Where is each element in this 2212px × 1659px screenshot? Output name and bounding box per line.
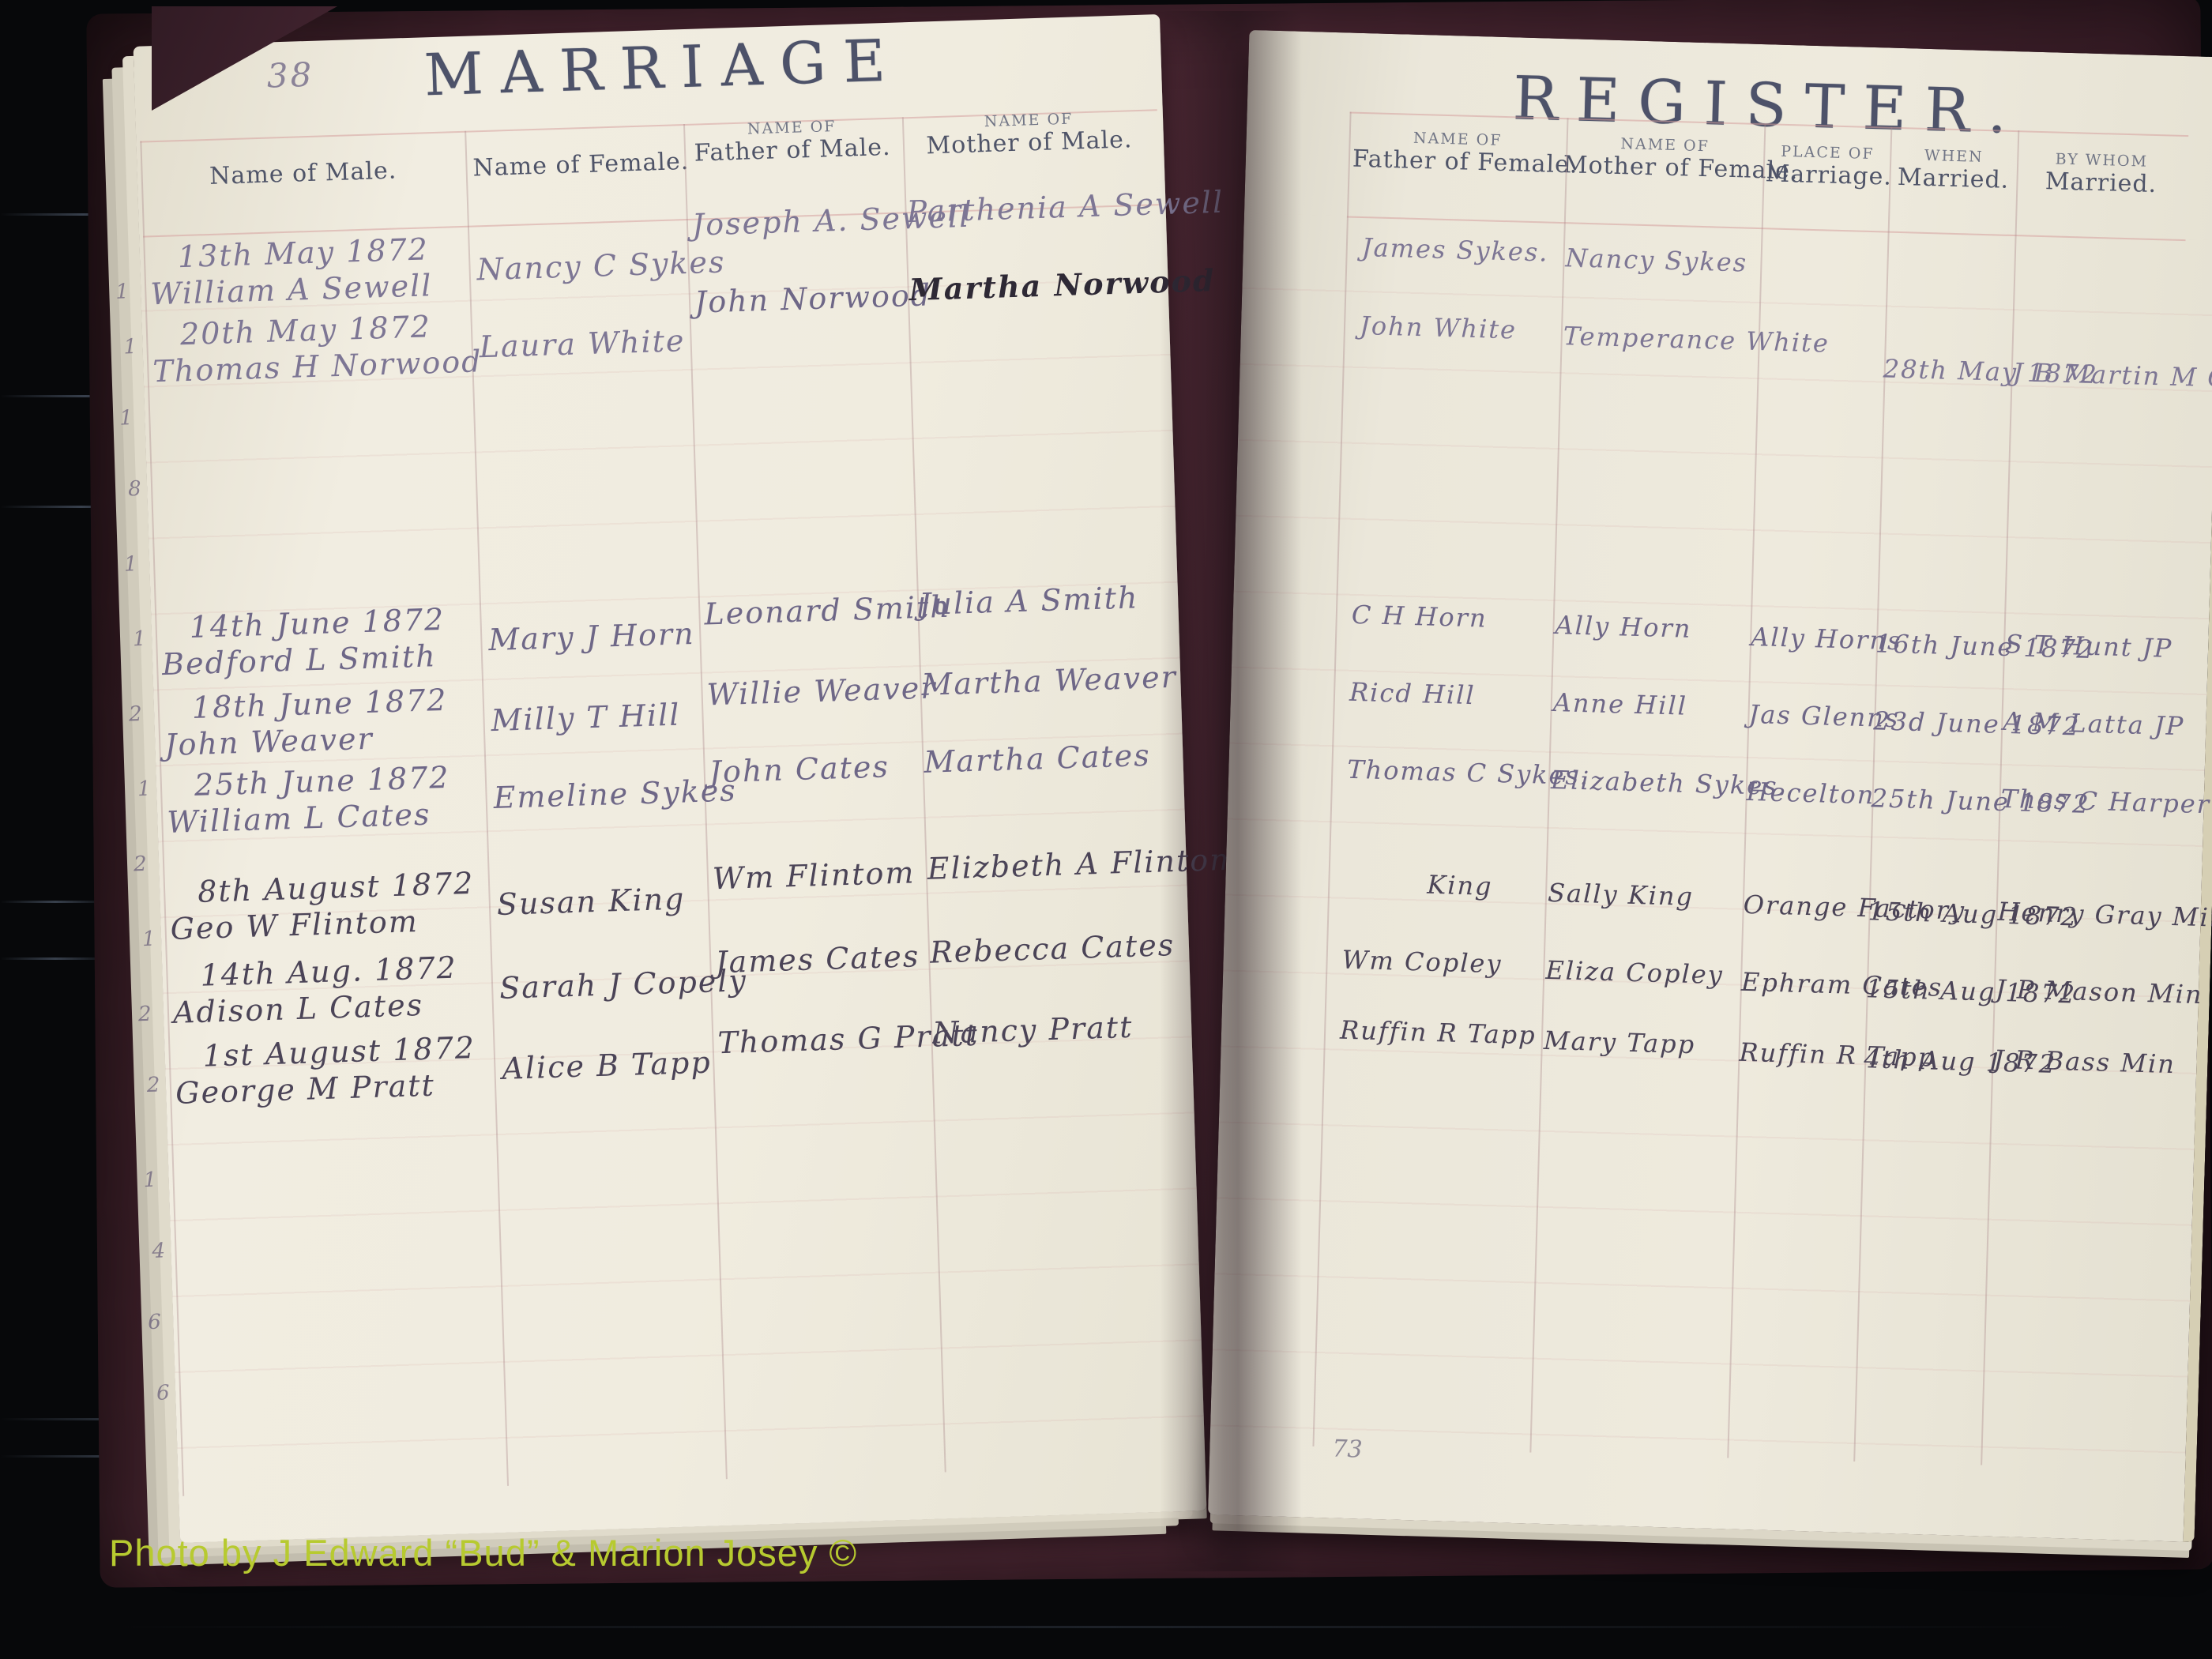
photographer-watermark: Photo by J Edward “Bud” & Marion Josey © <box>109 1531 857 1574</box>
margin-mark-14: 6 <box>148 1311 161 1335</box>
cell-mother-of-female-row3: Anne Hill <box>1552 687 1687 721</box>
cell-mother-of-male-row2: Julia A Smith <box>919 580 1139 622</box>
photo-stage: 38 MARRIAGE Name of Male. Name of Female… <box>0 0 2212 1659</box>
column-header-label: Name of Male. <box>152 155 453 192</box>
margin-mark-9: 1 <box>142 927 156 952</box>
cell-mother-of-male-row4: Martha Cates <box>924 738 1151 780</box>
left-page: 38 MARRIAGE Name of Male. Name of Female… <box>134 14 1207 1543</box>
column-header-when-married: WHEN Married. <box>1891 146 2016 194</box>
column-header-name-of-male: Name of Male. <box>152 155 453 192</box>
column-header-place-of-marriage: PLACE OF Marriage. <box>1765 142 1890 190</box>
cell-by-whom-row6: J P Mason Min <box>1995 974 2203 1010</box>
column-header-label: Married. <box>2019 167 2183 199</box>
pencil-page-number: 73 <box>1332 1435 1363 1464</box>
cell-mother-of-female-row6: Eliza Copley <box>1545 955 1724 990</box>
cell-female-row7: Alice B Tapp <box>502 1045 713 1086</box>
cell-father-of-male-row1: John Norwood <box>694 277 931 319</box>
cell-mother-of-female-row5: Sally King <box>1548 878 1695 912</box>
margin-mark-7: 1 <box>137 777 151 802</box>
margin-mark-12: 1 <box>143 1168 156 1193</box>
margin-mark-5: 1 <box>133 627 146 652</box>
column-header-father-of-male: NAME OF Father of Male. <box>689 116 896 167</box>
column-header-mother-of-female: NAME OF Mother of Female. <box>1563 134 1766 184</box>
cell-mother-of-male-row7: Nancy Pratt <box>932 1010 1134 1051</box>
column-header-name-of-female: Name of Female. <box>472 148 679 182</box>
left-page-title: MARRIAGE <box>386 26 941 111</box>
cell-by-whom-row1: J B Martin M G <box>2012 357 2212 393</box>
cell-by-whom-row3: A M Latta JP <box>2003 706 2185 741</box>
cell-father-of-female-row1: John White <box>1360 310 1518 345</box>
margin-mark-8: 2 <box>134 852 147 877</box>
margin-mark-4: 1 <box>124 552 137 577</box>
cell-female-row5: Susan King <box>496 881 686 921</box>
column-header-label: Marriage. <box>1765 160 1889 190</box>
cell-father-of-female-row7: Ruffin R Tapp <box>1340 1015 1537 1051</box>
margin-mark-3: 8 <box>128 477 141 502</box>
cell-father-of-female-row0: James Sykes. <box>1361 232 1549 268</box>
cell-father-of-male-row3: Willie Weaver <box>706 670 937 712</box>
cell-female-row1: Laura White <box>479 323 686 364</box>
margin-mark-13: 4 <box>152 1239 165 1263</box>
cell-father-of-male-row4: John Cates <box>709 749 890 789</box>
margin-mark-11: 2 <box>146 1073 160 1097</box>
column-header-topline: WHEN <box>1892 146 2016 167</box>
cell-by-whom-row4: Thos C Harper <box>2000 784 2210 819</box>
cell-place-row4: Hecelton <box>1746 777 1875 811</box>
margin-mark-6: 2 <box>129 702 142 727</box>
cell-father-of-male-row5: Wm Flintom <box>712 855 916 896</box>
margin-mark-1: 1 <box>123 335 137 359</box>
column-header-topline: PLACE OF <box>1766 142 1890 163</box>
margin-mark-2: 1 <box>119 406 133 431</box>
margin-mark-0: 1 <box>115 280 129 304</box>
page-number: 38 <box>266 55 314 96</box>
column-header-label: Name of Female. <box>472 148 679 182</box>
cell-by-whom-row2: S T Hunt JP <box>2005 629 2173 664</box>
cell-father-of-female-row5: King <box>1427 870 1493 901</box>
cell-father-of-female-row2: C H Horn <box>1351 600 1488 634</box>
margin-mark-10: 2 <box>138 1003 152 1027</box>
column-header-mother-of-male: NAME OF Mother of Male. <box>914 108 1145 160</box>
cell-father-of-female-row6: Wm Copley <box>1341 945 1503 980</box>
cell-mother-of-female-row7: Mary Tapp <box>1543 1025 1695 1059</box>
cell-female-row2: Mary J Horn <box>488 616 696 657</box>
background-streak <box>111 1626 2086 1628</box>
cell-female-row3: Milly T Hill <box>491 698 681 739</box>
book-gutter-shadow <box>1160 11 1302 1571</box>
page-ruling <box>1210 213 2212 1463</box>
cell-father-of-female-row3: Ricd Hill <box>1349 677 1477 710</box>
cell-male-row3: John Weaver <box>164 721 374 762</box>
column-header-by-whom-married: BY WHOM Married. <box>2019 149 2184 199</box>
cell-mother-of-female-row2: Ally Horn <box>1555 610 1692 644</box>
column-header-label: Married. <box>1891 164 2015 194</box>
column-header-label: Mother of Female. <box>1563 151 1766 184</box>
cell-mother-of-female-row0: Nancy Sykes <box>1565 243 1748 277</box>
column-header-father-of-female: NAME OF Father of Female. <box>1352 128 1562 179</box>
column-header-label: Father of Female. <box>1352 145 1562 179</box>
cell-father-of-male-row6: James Cates <box>715 939 920 980</box>
right-page: REGISTER. NAME OF Father of Female. NAME… <box>1208 30 2212 1542</box>
margin-mark-15: 6 <box>156 1381 170 1405</box>
cell-by-whom-row7: J R Bass Min <box>1993 1044 2176 1079</box>
